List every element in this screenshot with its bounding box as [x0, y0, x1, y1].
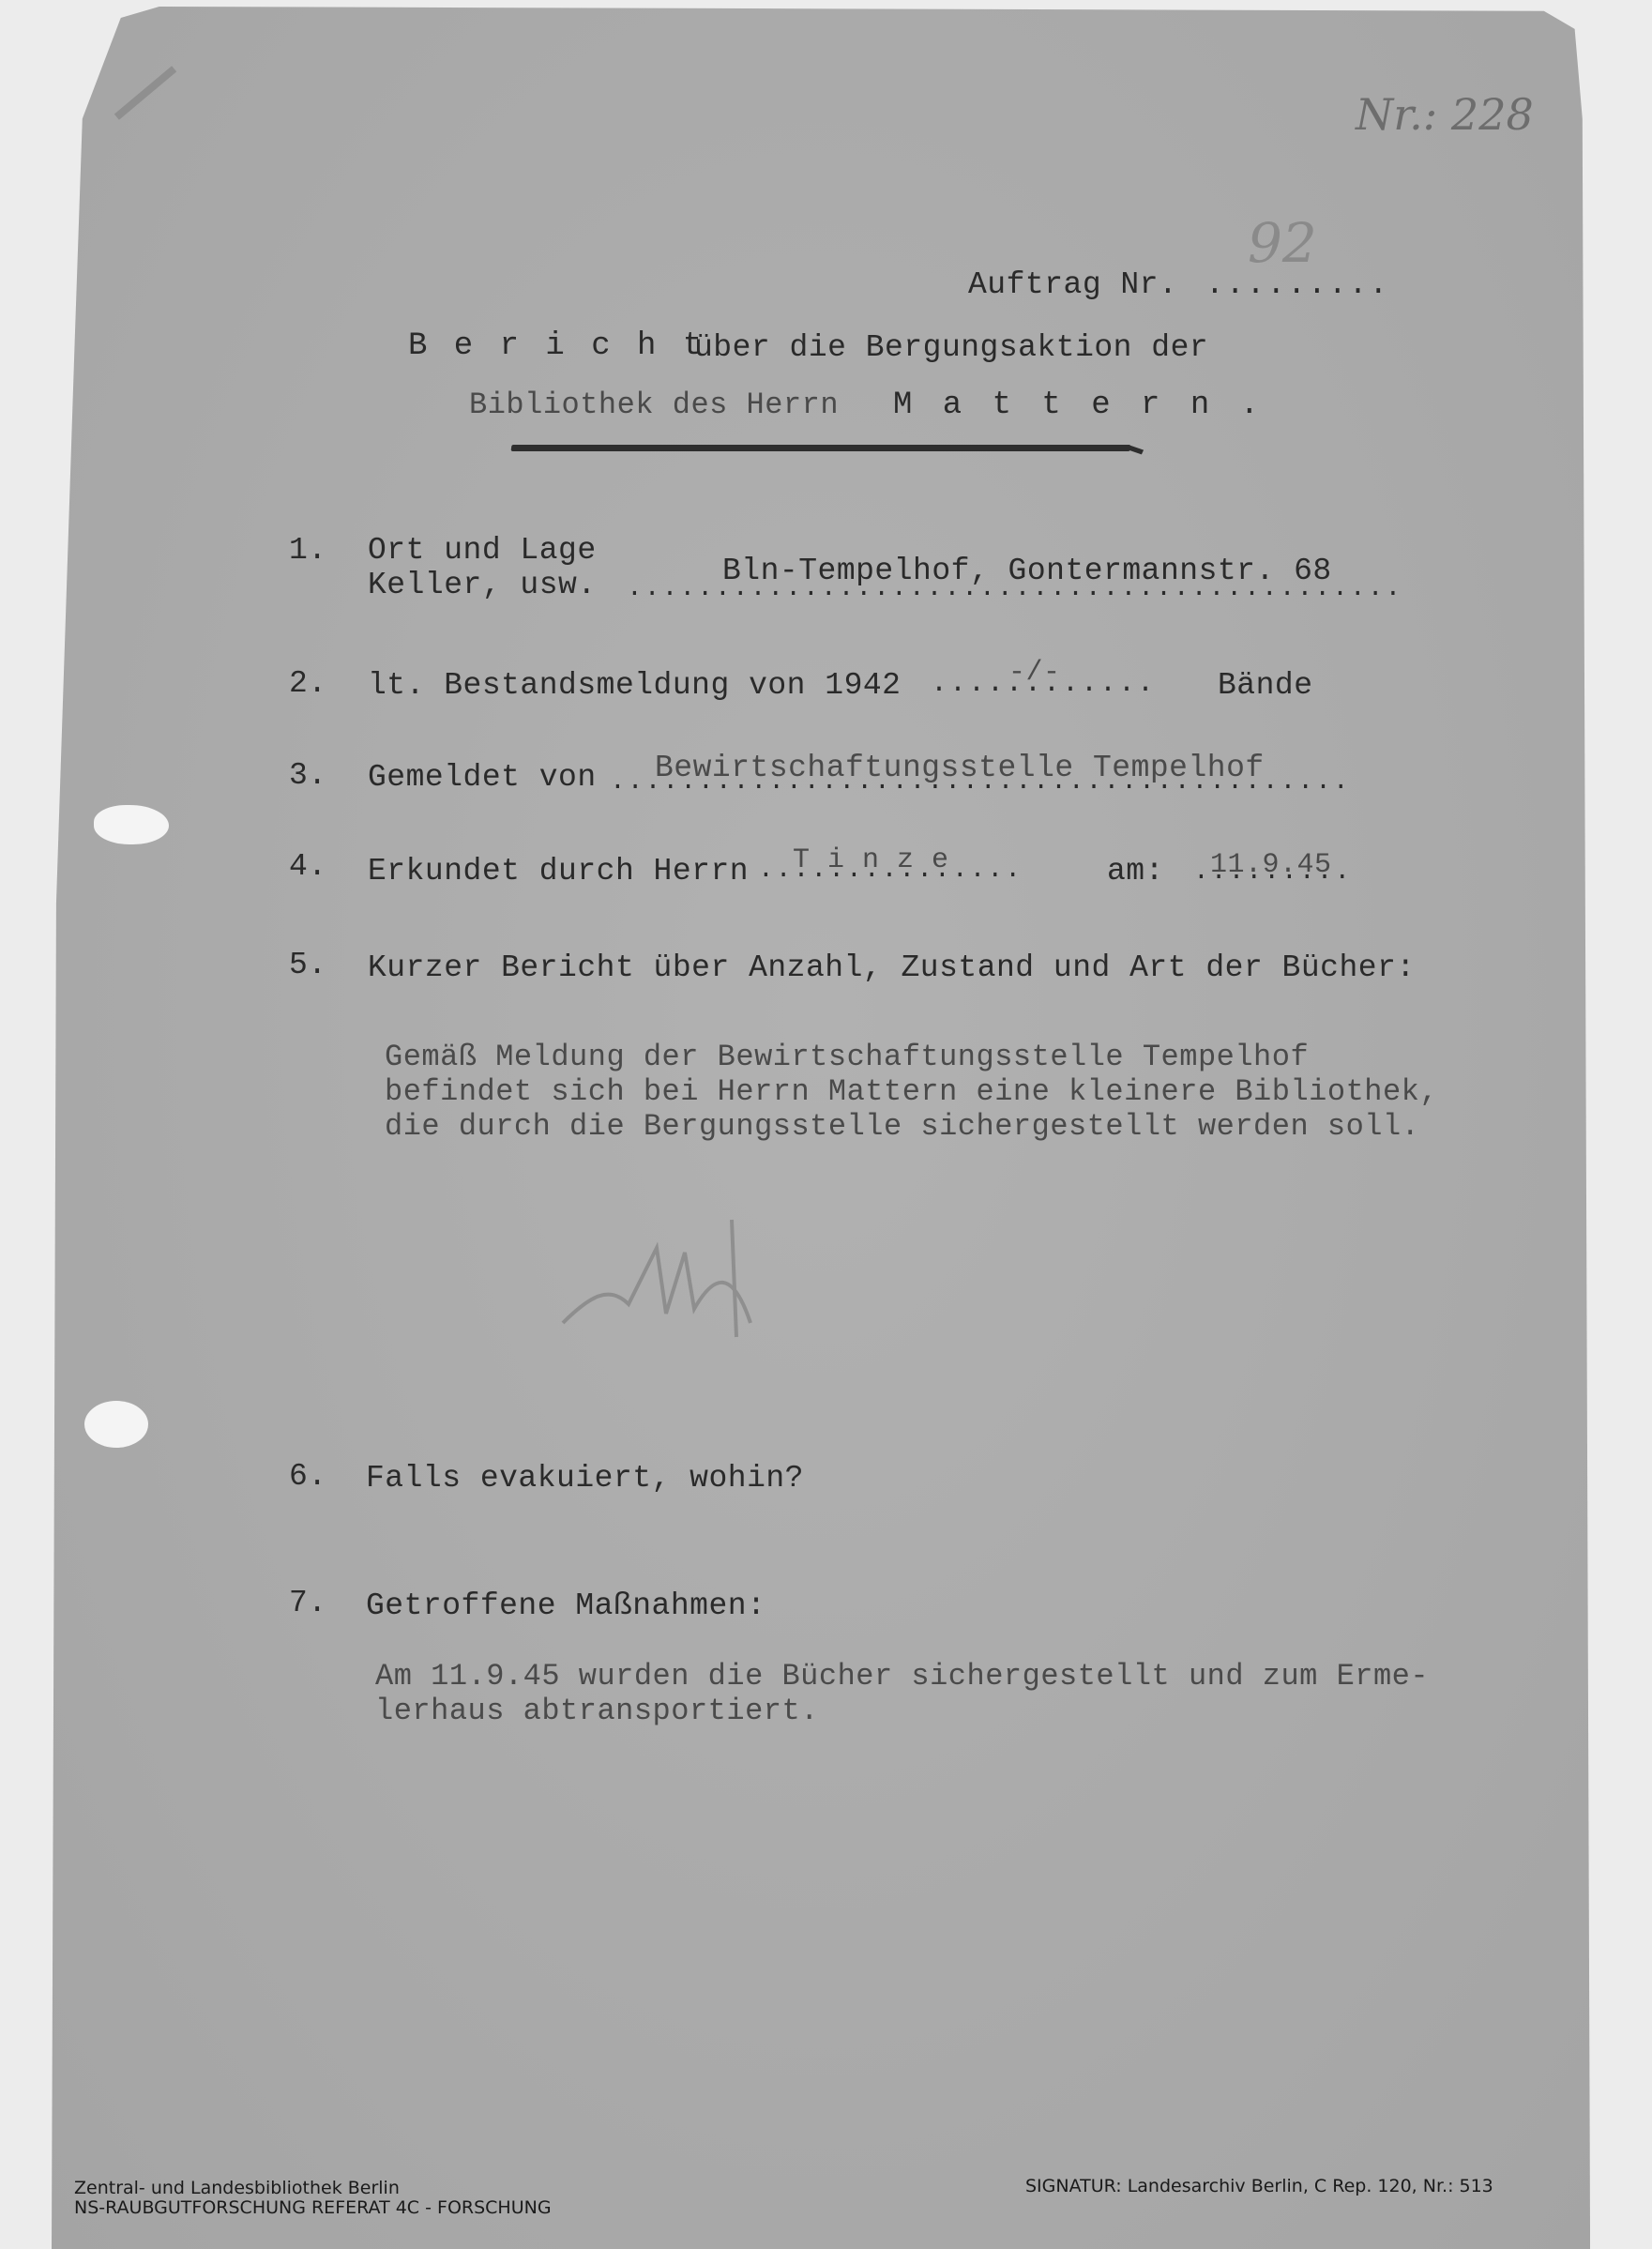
item-4-dots: ............... [758, 856, 1023, 885]
item-2-number: 2. [289, 666, 327, 701]
item-5-label: Kurzer Bericht über Anzahl, Zustand und … [368, 950, 1416, 985]
footer-institution: Zentral- und Landesbibliothek Berlin [74, 2179, 400, 2198]
item-1-number: 1. [289, 533, 327, 568]
faint-signature [553, 1210, 797, 1342]
order-dots: ......... [1205, 267, 1389, 302]
item-7-body-line2: lerhaus abtransportiert. [375, 1694, 819, 1728]
punch-hole [84, 1401, 148, 1448]
item-1-label-line2: Keller, usw. [368, 568, 597, 602]
footer-signature: SIGNATUR: Landesarchiv Berlin, C Rep. 12… [1025, 2177, 1493, 2196]
item-5-body-line2: befindet sich bei Herrn Mattern eine kle… [385, 1074, 1438, 1109]
item-4-number: 4. [289, 849, 327, 884]
title-spaced: B e r i c h t [408, 328, 705, 364]
archive-mark: Nr.: 228 [1356, 89, 1534, 140]
item-7-number: 7. [289, 1586, 327, 1620]
item-2-value: -/- [1008, 657, 1061, 689]
title-underline [511, 445, 1131, 451]
title-rest: über die Bergungsaktion der [694, 330, 1208, 365]
item-5-body-line1: Gemäß Meldung der Bewirtschaftungsstelle… [385, 1040, 1309, 1074]
item-5-number: 5. [289, 948, 327, 982]
item-1-label-line1: Ort und Lage [368, 533, 597, 568]
item-2-suffix: Bände [1218, 668, 1313, 703]
punch-hole [94, 805, 169, 844]
item-6-label: Falls evakuiert, wohin? [366, 1461, 804, 1496]
title-library: Bibliothek des Herrn [469, 387, 839, 422]
footer-department: NS-RAUBGUTFORSCHUNG REFERAT 4C - FORSCHU… [74, 2198, 552, 2218]
item-7-label: Getroffene Maßnahmen: [366, 1588, 765, 1623]
order-label: Auftrag Nr. [968, 267, 1177, 302]
item-3-label: Gemeldet von [368, 760, 597, 795]
item-1-dots: ........................................… [627, 574, 1402, 603]
item-4-label: Erkundet durch Herrn [368, 854, 749, 889]
order-number-handwritten: 92 [1248, 211, 1317, 275]
item-4-date-label: am: [1107, 854, 1164, 889]
item-7-body-line1: Am 11.9.45 wurden die Bücher sichergeste… [375, 1659, 1429, 1694]
item-3-number: 3. [289, 758, 327, 793]
item-4-date-dots: ......... [1193, 858, 1352, 887]
item-6-number: 6. [289, 1459, 327, 1494]
item-2-label: lt. Bestandsmeldung von 1942 [368, 668, 902, 703]
title-name: M a t t e r n . [893, 387, 1265, 423]
item-3-dots: ........................................… [610, 767, 1351, 797]
item-5-body-line3: die durch die Bergungsstelle sichergeste… [385, 1109, 1419, 1144]
